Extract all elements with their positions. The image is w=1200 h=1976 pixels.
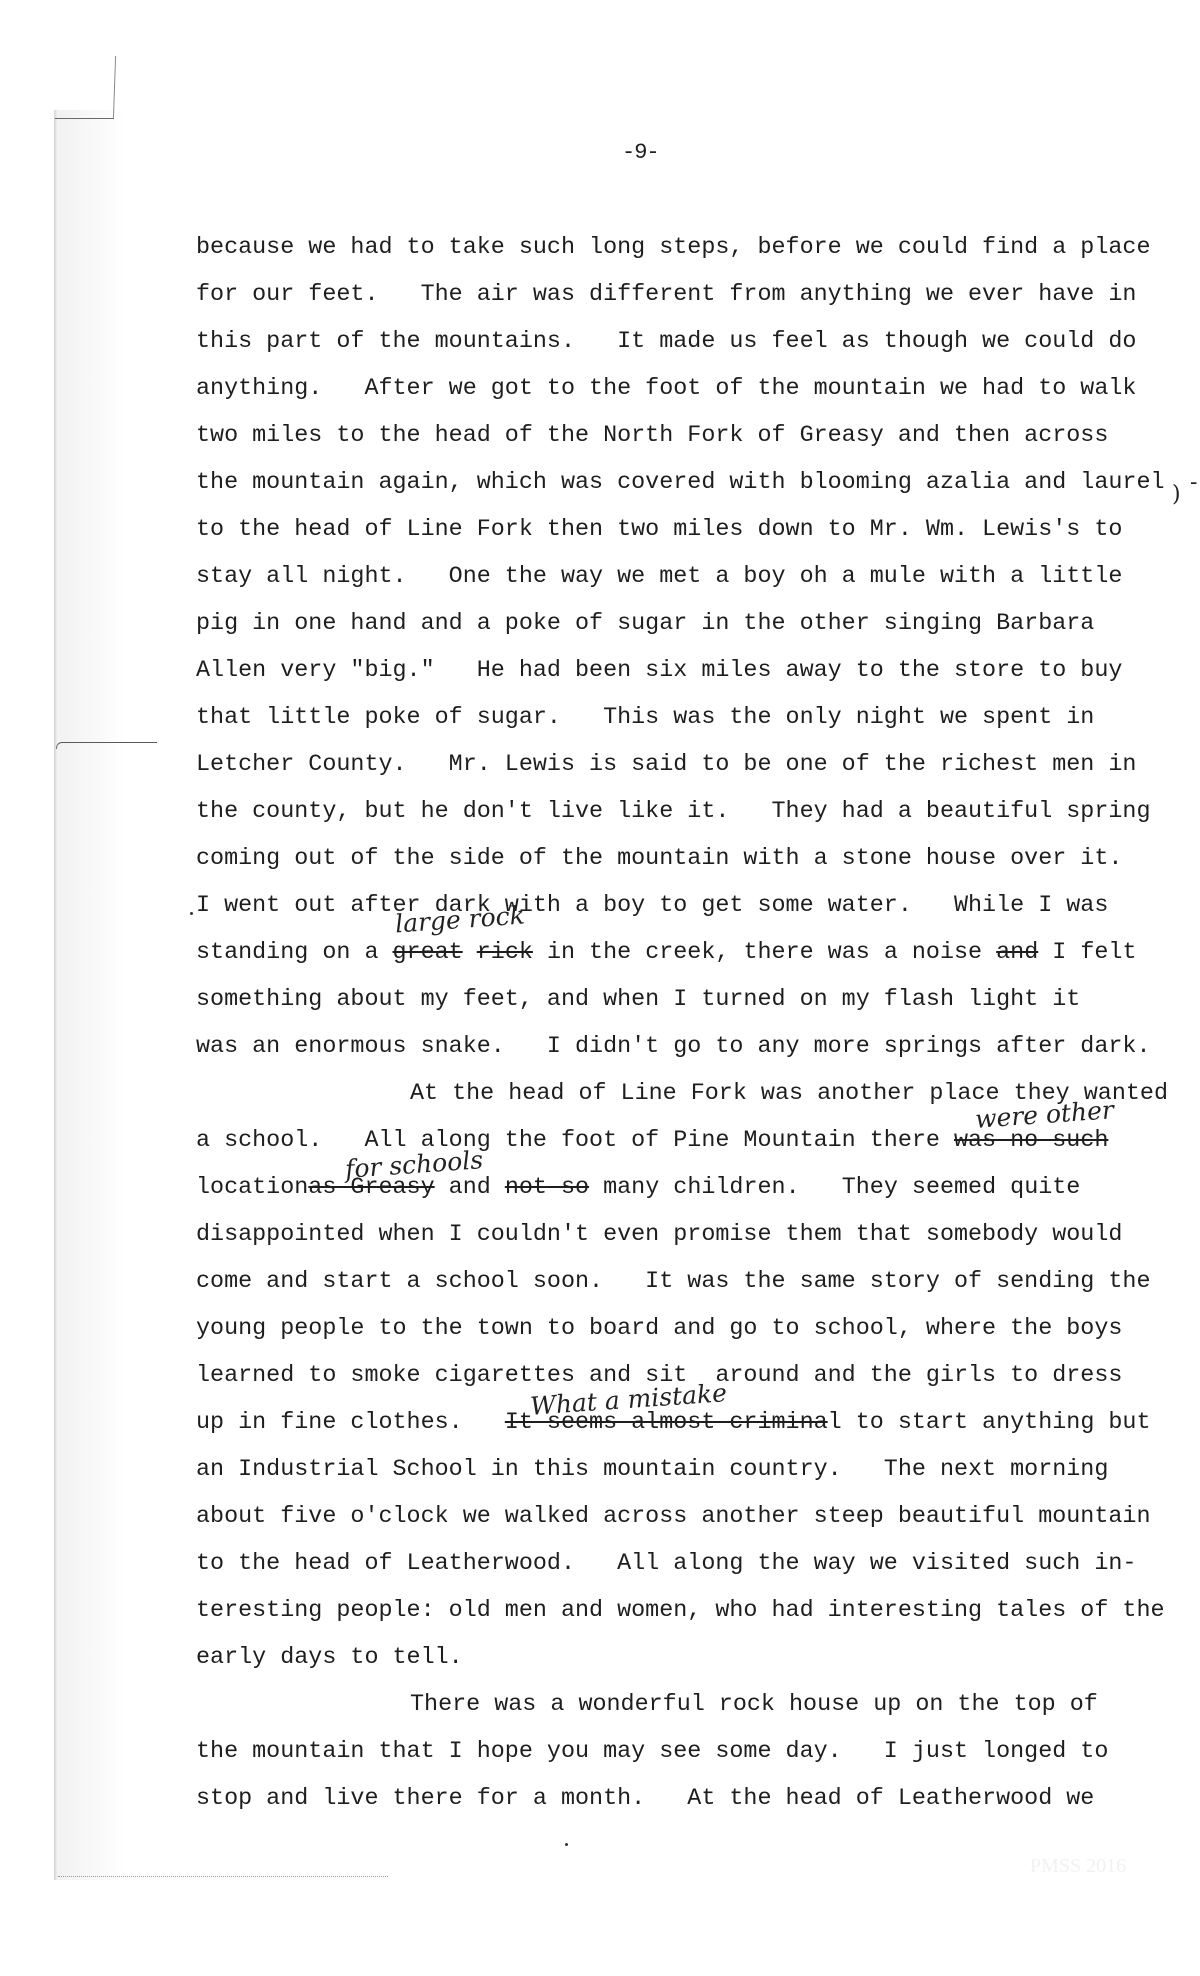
text-line: that little poke of sugar. This was the … xyxy=(196,703,1094,733)
text-line: the county, but he don't live like it. T… xyxy=(196,797,1151,827)
text-line: teresting people: old men and women, who… xyxy=(196,1596,1165,1626)
text-line-edited: standing on a great rick in the creek, t… xyxy=(196,938,1137,968)
page-left-edge xyxy=(54,110,60,1880)
text-line: Letcher County. Mr. Lewis is said to be … xyxy=(196,750,1136,780)
text-line: this part of the mountains. It made us f… xyxy=(196,327,1136,357)
text-line-edited: up in fine clothes. It seems almost crim… xyxy=(196,1408,1151,1438)
text-segment: up in fine clothes. xyxy=(196,1410,505,1436)
text-line: two miles to the head of the North Fork … xyxy=(196,421,1108,451)
text-segment: in the creek, there was a noise xyxy=(533,940,996,966)
text-line-edited: locationas Greasy and not so many childr… xyxy=(196,1173,1080,1203)
corner-fold-mark xyxy=(55,56,116,119)
struck-text: and xyxy=(996,940,1038,966)
text-segment: I felt xyxy=(1038,940,1136,966)
text-line: for our feet. The air was different from… xyxy=(196,280,1136,310)
text-segment: many children. They seemed quite xyxy=(589,1175,1080,1201)
text-line: stop and live there for a month. At the … xyxy=(196,1784,1094,1814)
text-segment: l to start anything but xyxy=(828,1410,1151,1436)
margin-paren-mark: ) xyxy=(1172,482,1181,507)
text-line: something about my feet, and when I turn… xyxy=(196,985,1080,1015)
text-segment: a school. All along the foot of Pine Mou… xyxy=(196,1128,954,1154)
text-line: come and start a school soon. It was the… xyxy=(196,1267,1151,1297)
text-line: I went out after dark with a boy to get … xyxy=(196,891,1108,921)
text-line: stay all night. One the way we met a boy… xyxy=(196,562,1122,592)
document-page: -9- because we had to take such long ste… xyxy=(0,0,1200,1976)
text-line: coming out of the side of the mountain w… xyxy=(196,844,1122,874)
text-line: anything. After we got to the foot of th… xyxy=(196,374,1136,404)
text-segment: standing on a xyxy=(196,940,393,966)
tear-line xyxy=(56,742,157,749)
struck-text: rick xyxy=(477,940,533,966)
text-line: because we had to take such long steps, … xyxy=(196,233,1151,263)
ink-speck xyxy=(190,912,193,915)
text-line: an Industrial School in this mountain co… xyxy=(196,1455,1108,1485)
struck-text: not so xyxy=(505,1175,589,1201)
page-number: -9- xyxy=(622,140,659,165)
ink-speck xyxy=(565,1843,568,1846)
struck-text: great xyxy=(393,940,463,966)
text-segment: location xyxy=(196,1175,308,1201)
text-line: was an enormous snake. I didn't go to an… xyxy=(196,1032,1151,1062)
text-line: young people to the town to board and go… xyxy=(196,1314,1122,1344)
text-line: the mountain again, which was covered wi… xyxy=(196,468,1165,498)
text-line-edited: a school. All along the foot of Pine Mou… xyxy=(196,1126,1108,1156)
text-segment: and xyxy=(435,1175,505,1201)
text-line: about five o'clock we walked across anot… xyxy=(196,1502,1151,1532)
bottom-edge-line xyxy=(58,1876,388,1878)
text-line: disappointed when I couldn't even promis… xyxy=(196,1220,1122,1250)
text-line: early days to tell. xyxy=(196,1643,463,1673)
watermark: PMSS 2016 xyxy=(1030,1855,1126,1878)
text-line: pig in one hand and a poke of sugar in t… xyxy=(196,609,1094,639)
text-segment xyxy=(463,940,477,966)
margin-dash-mark: - xyxy=(1190,470,1197,495)
paragraph-start-line: There was a wonderful rock house up on t… xyxy=(410,1690,1098,1720)
text-line: Allen very "big." He had been six miles … xyxy=(196,656,1122,686)
text-line: the mountain that I hope you may see som… xyxy=(196,1737,1108,1767)
text-line: to the head of Line Fork then two miles … xyxy=(196,515,1122,545)
text-line: to the head of Leatherwood. All along th… xyxy=(196,1549,1136,1579)
page-edge-shadow xyxy=(56,110,126,1880)
